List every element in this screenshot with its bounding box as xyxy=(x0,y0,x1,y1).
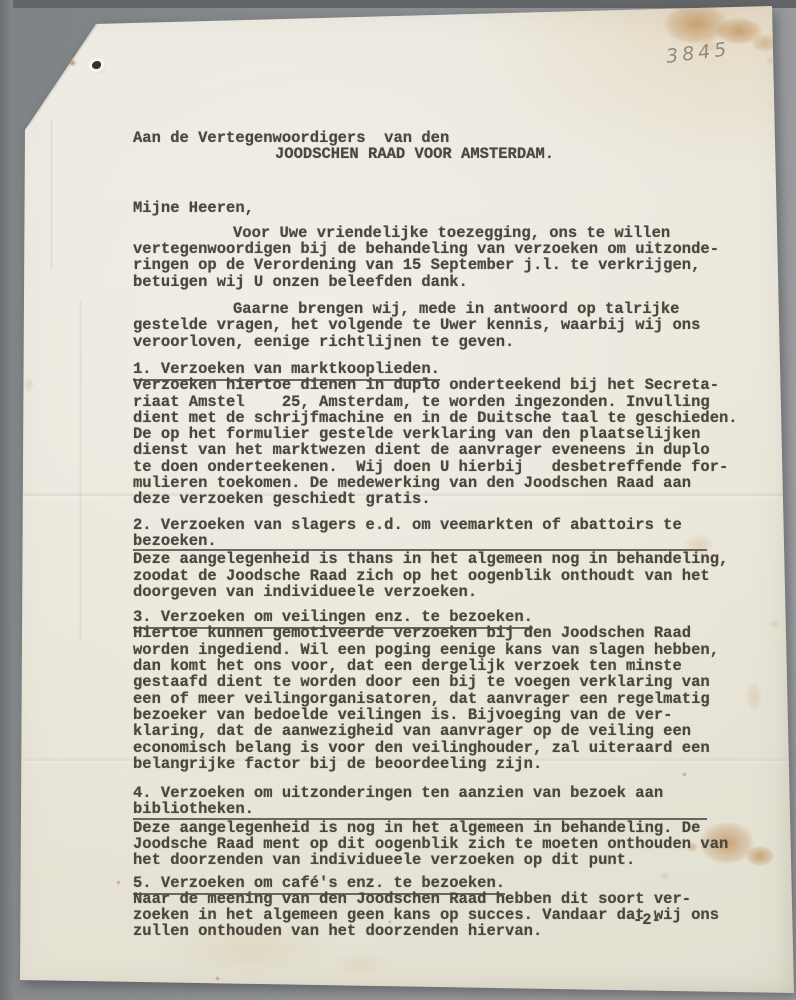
text-line: dient met de schrijfmachine en in de Dui… xyxy=(133,410,725,426)
text-line: gestelde vragen, het volgende te Uwer ke… xyxy=(133,317,725,333)
text-line: Deze aangelegenheid is thans in het alge… xyxy=(133,551,725,567)
stain xyxy=(766,56,778,65)
page-number: -2- xyxy=(633,912,661,928)
photo-background: 3845 Aan de Vertegenwoordigers van den J… xyxy=(0,0,796,1000)
text-line: riaat Amstel 25, Amsterdam, te worden in… xyxy=(133,394,725,410)
text-line: Verzoeken hiertoe dienen in duplo ondert… xyxy=(133,377,725,393)
stain xyxy=(770,620,780,628)
stain xyxy=(116,880,121,885)
letter-sections: 1. Verzoeken van marktkooplieden.Verzoek… xyxy=(133,361,725,940)
text-line: te doen onderteekenen. Wij doen U hierbi… xyxy=(133,459,725,475)
text-line: dan komt het ons voor, dat een dergelijk… xyxy=(133,658,725,674)
text-line: De op het formulier gestelde verklaring … xyxy=(133,426,725,442)
stain xyxy=(215,976,220,981)
stain xyxy=(746,682,762,712)
salutation: Mijne Heeren, xyxy=(133,200,725,216)
section: 2. Verzoeken van slagers e.d. om veemark… xyxy=(133,517,725,600)
text-line: zoodat de Joodsche Raad zich op het ooge… xyxy=(133,568,725,584)
document-paper: 3845 Aan de Vertegenwoordigers van den J… xyxy=(0,0,796,1000)
fold-crease xyxy=(50,120,53,270)
text-line: worden ingediend. Wil een poging eenige … xyxy=(133,642,725,658)
stain xyxy=(752,34,778,52)
recipient-line: Aan de Vertegenwoordigers van den xyxy=(133,130,725,146)
fold-crease xyxy=(27,17,104,128)
section: 5. Verzoeken om café's enz. te bezoeken.… xyxy=(133,875,725,940)
text-line: mulieren toekomen. De medewerking van de… xyxy=(133,475,725,491)
text-line: het doorzenden van individueele verzoeke… xyxy=(133,852,725,868)
section-heading: 3. Verzoeken om veilingen enz. te bezoek… xyxy=(133,609,725,625)
stain xyxy=(24,378,34,392)
text-line: deze verzoeken geschiedt gratis. xyxy=(133,491,725,507)
rust-mark xyxy=(68,60,77,66)
section-heading: 4. Verzoeken om uitzonderingen ten aanzi… xyxy=(133,785,725,801)
staple-hole xyxy=(92,61,101,69)
section-heading: bezoeken. xyxy=(133,533,707,551)
text-line: doorgeven van individueele verzoeken. xyxy=(133,584,725,600)
text-line: belangrijke factor bij de beoordeeling z… xyxy=(133,756,725,772)
staple-hole xyxy=(52,58,61,66)
stain xyxy=(330,952,390,977)
text-line: Voor Uwe vriendelijke toezegging, ons te… xyxy=(133,225,725,241)
paragraph: Gaarne brengen wij, mede in antwoord op … xyxy=(133,301,725,350)
text-line: veroorloven, eenige richtlijnen te geven… xyxy=(133,334,725,350)
text-line: economisch belang is voor den veilinghou… xyxy=(133,740,725,756)
text-line: betuigen wij U onzen beleefden dank. xyxy=(133,274,725,290)
paper-shadow: 3845 Aan de Vertegenwoordigers van den J… xyxy=(0,0,796,1000)
intro-paragraphs: Voor Uwe vriendelijke toezegging, ons te… xyxy=(133,225,725,350)
section-heading: 2. Verzoeken van slagers e.d. om veemark… xyxy=(133,517,725,533)
letter-content: Aan de Vertegenwoordigers van den JOODSC… xyxy=(133,130,725,949)
text-line: een of meer veilingorganisatoren, dat aa… xyxy=(133,691,725,707)
section: 1. Verzoeken van marktkooplieden.Verzoek… xyxy=(133,361,725,508)
section-heading: bibliotheken. xyxy=(133,801,707,819)
paragraph: Voor Uwe vriendelijke toezegging, ons te… xyxy=(133,225,725,290)
section-heading: 1. Verzoeken van marktkooplieden. xyxy=(133,361,725,377)
text-line: Naar de meening van den Joodschen Raad h… xyxy=(133,891,725,907)
stain xyxy=(746,846,774,866)
text-line: Gaarne brengen wij, mede in antwoord op … xyxy=(133,301,725,317)
fold-crease xyxy=(79,300,82,640)
text-line: bezoeker van bedoelde veilingen is. Bijv… xyxy=(133,707,725,723)
text-line: dienst van het marktwezen dient de aanvr… xyxy=(133,442,725,458)
text-line: ringen op de Verordening van 15 Septembe… xyxy=(133,257,725,273)
text-line: Deze aangelegenheid is nog in het algeme… xyxy=(133,820,725,836)
section: 3. Verzoeken om veilingen enz. te bezoek… xyxy=(133,609,725,772)
text-line: klaring, dat de aanwezigheid van aanvrag… xyxy=(133,723,725,739)
section-heading: 5. Verzoeken om café's enz. te bezoeken. xyxy=(133,875,725,891)
archive-number: 3845 xyxy=(665,38,732,68)
text-line: Hiertoe kunnen gemotiveerde verzoeken bi… xyxy=(133,625,725,641)
text-line: gestaafd dient te worden door een bij te… xyxy=(133,674,725,690)
text-line: vertegenwoordigen bij de behandeling van… xyxy=(133,241,725,257)
recipient-organisation: JOODSCHEN RAAD VOOR AMSTERDAM. xyxy=(133,146,725,162)
section: 4. Verzoeken om uitzonderingen ten aanzi… xyxy=(133,785,725,868)
text-line: Joodsche Raad ment op dit oogenblik zich… xyxy=(133,836,725,852)
